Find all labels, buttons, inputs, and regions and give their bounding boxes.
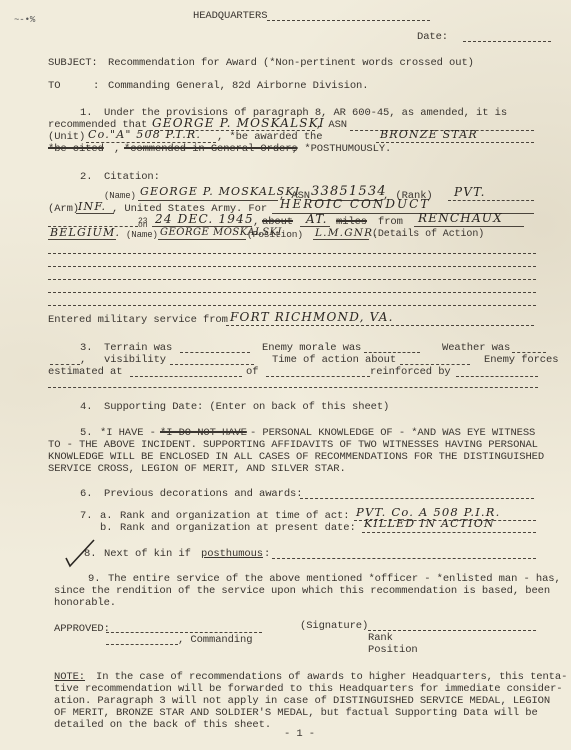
- para6-number: 6.: [80, 488, 92, 500]
- para2-name-line: [138, 200, 278, 201]
- subject-label: SUBJECT:: [48, 57, 98, 69]
- para2-rank-value[interactable]: PVT.: [454, 186, 486, 198]
- to-text: Commanding General, 82d Airborne Divisio…: [108, 80, 368, 92]
- para2-position-line: [313, 239, 369, 240]
- of-field[interactable]: [266, 376, 370, 377]
- para2-place-value[interactable]: RENCHAUX: [418, 212, 503, 224]
- para3-time: Time of action about: [272, 354, 396, 366]
- para2-label: Citation:: [104, 171, 160, 183]
- para4-number: 4.: [80, 401, 92, 413]
- para2-entered-label: Entered military service from: [48, 314, 228, 326]
- para2-details-label: (Details of Action): [372, 229, 484, 241]
- corner-mark: ~-•%: [14, 14, 35, 26]
- para3-weather: Weather was: [442, 342, 510, 354]
- citation-line-5[interactable]: [48, 305, 536, 306]
- para2-place-line: [414, 226, 524, 227]
- previous-awards-field[interactable]: [300, 498, 534, 499]
- para6-text: Previous decorations and awards:: [104, 488, 302, 500]
- para9-line2: since the rendition of the service upon …: [54, 585, 550, 597]
- para1-award-value[interactable]: BRONZE STAR: [380, 129, 478, 141]
- date-label: Date:: [417, 31, 448, 43]
- para7-a-label: a.: [100, 510, 112, 522]
- para2-date-value[interactable]: 24 DEC. 1945: [155, 213, 254, 225]
- para1-award-line: [376, 142, 534, 143]
- position-label: Position: [368, 644, 418, 656]
- commanding-field[interactable]: [106, 644, 178, 645]
- para9-line1: The entire service of the above mentione…: [108, 573, 561, 585]
- weather-field-cont[interactable]: [50, 364, 80, 365]
- para3-of: of: [246, 366, 258, 378]
- headquarters-field[interactable]: [267, 20, 430, 21]
- para2-from-label: from: [378, 216, 403, 228]
- para2-rank-line: [448, 200, 534, 201]
- para2-entered-line: [226, 325, 534, 326]
- para1-posthumously: , *POSTHUMOUSLY.: [292, 143, 391, 155]
- to-label: TO: [48, 80, 60, 92]
- page-number: - 1 -: [284, 728, 315, 740]
- rank-label: Rank: [368, 632, 393, 644]
- para7-b-text: Rank and organization at present date:: [120, 522, 356, 534]
- date-field[interactable]: [463, 41, 551, 42]
- headquarters-label: HEADQUARTERS: [193, 10, 267, 22]
- citation-line-3[interactable]: [48, 279, 536, 280]
- para5-line1-rest: - PERSONAL KNOWLEDGE OF - *AND WAS EYE W…: [250, 427, 535, 439]
- document-page: ~-•% HEADQUARTERS Date: SUBJECT: Recomme…: [0, 0, 571, 750]
- subject-text: Recommendation for Award (*Non-pertinent…: [108, 57, 474, 69]
- para1-unit-value[interactable]: Co."A" 508 P.I.R.: [88, 129, 201, 141]
- note-line3: ation. Paragraph 3 will not apply in cas…: [54, 695, 550, 707]
- commanding-label: , Commanding: [178, 634, 252, 646]
- para9-line3: honorable.: [54, 597, 116, 609]
- signature-label: (Signature): [300, 620, 368, 632]
- para1-awarded-label: , *be awarded the: [217, 131, 322, 143]
- note-line2: tive recommendation will be forwarded to…: [54, 683, 563, 695]
- to-colon: :: [93, 80, 99, 92]
- para2-entered-value[interactable]: FORT RICHMOND, VA.: [230, 311, 394, 323]
- para8-text-underlined: posthumous: [201, 548, 263, 560]
- para5-i-have: *I HAVE -: [100, 427, 156, 439]
- para2-arm-label: (Arm): [48, 203, 79, 215]
- para2-name-label: (Name): [104, 190, 136, 202]
- para7-b-value[interactable]: KILLED IN ACTION: [364, 518, 495, 530]
- para1-cited-struck: *be cited: [48, 143, 104, 155]
- para2-arm-value[interactable]: INF.: [78, 201, 106, 213]
- para2-position-label: (Position): [247, 229, 303, 241]
- note-line1: In the case of recommendations of awards…: [96, 671, 567, 683]
- weather-field[interactable]: [512, 352, 546, 353]
- time-field[interactable]: [400, 364, 470, 365]
- reinforced-field[interactable]: [456, 376, 538, 377]
- para1-asn-label: , ASN: [316, 119, 347, 131]
- para7-number: 7.: [80, 510, 92, 522]
- para2-place2-line: [48, 239, 116, 240]
- terrain-field[interactable]: [180, 352, 250, 353]
- para1-commended-struck: *commended in General Orders: [124, 143, 298, 155]
- para3-morale: Enemy morale was: [262, 342, 361, 354]
- estimated-field[interactable]: [130, 376, 242, 377]
- para2-name2-label: (Name): [126, 229, 158, 241]
- approved-field[interactable]: [106, 632, 262, 633]
- para8-text-before: Next of kin if: [104, 548, 191, 560]
- para5-number: 5.: [80, 427, 92, 439]
- para4-text: Supporting Date: (Enter on back of this …: [104, 401, 389, 413]
- para8-colon: :: [264, 548, 270, 560]
- para3-number: 3.: [80, 342, 92, 354]
- para2-arm-line: [76, 213, 114, 214]
- para5-line4: SERVICE CROSS, LEGION OF MERIT, AND SILV…: [48, 463, 346, 475]
- citation-line-4[interactable]: [48, 292, 536, 293]
- note-label: NOTE:: [54, 671, 85, 683]
- para2-for-value[interactable]: HEROIC CONDUCT: [280, 198, 430, 210]
- para2-name-value[interactable]: GEORGE P. MOSKALSKI: [140, 186, 300, 198]
- note-line4: OF MERIT, BRONZE STAR AND SOLDIER'S MEDA…: [54, 707, 538, 719]
- para3-terrain: Terrain was: [104, 342, 172, 354]
- approved-label: APPROVED:: [54, 623, 110, 635]
- para3-reinforced: reinforced by: [370, 366, 451, 378]
- para3-extra-line[interactable]: [48, 387, 538, 388]
- morale-field[interactable]: [364, 352, 420, 353]
- para5-line3: KNOWLEDGE WILL BE ENCLOSED IN ALL CASES …: [48, 451, 544, 463]
- para3-estimated: estimated at: [48, 366, 122, 378]
- para5-i-do-not-struck: *I DO NOT HAVE: [160, 427, 247, 439]
- signature-field[interactable]: [368, 630, 536, 631]
- para7-b-line: [362, 532, 536, 533]
- citation-line-1[interactable]: [48, 253, 536, 254]
- para7-a-text: Rank and organization at time of act:: [120, 510, 349, 522]
- para1-unit-label: (Unit): [48, 131, 85, 143]
- para3-forces: Enemy forces: [484, 354, 558, 366]
- para2-position-value[interactable]: L.M.GNR.: [315, 227, 378, 239]
- visibility-field[interactable]: [170, 364, 254, 365]
- para3-visibility: visibility: [104, 354, 166, 366]
- note-line5: detailed on the back of this sheet.: [54, 719, 271, 731]
- para8-number: 8.: [84, 548, 96, 560]
- para1-number: 1.: [80, 107, 92, 119]
- citation-line-2[interactable]: [48, 266, 536, 267]
- para2-number: 2.: [80, 171, 92, 183]
- para7-b-label: b.: [100, 522, 112, 534]
- para2-name2-line: [158, 239, 246, 240]
- next-of-kin-field[interactable]: [272, 558, 536, 559]
- para2-at-value[interactable]: AT.: [306, 213, 328, 225]
- para5-line2: TO - THE ABOVE INCIDENT. SUPPORTING AFFI…: [48, 439, 538, 451]
- para2-place2-value[interactable]: BELGIUM.: [50, 227, 120, 239]
- para9-number: 9.: [88, 573, 100, 585]
